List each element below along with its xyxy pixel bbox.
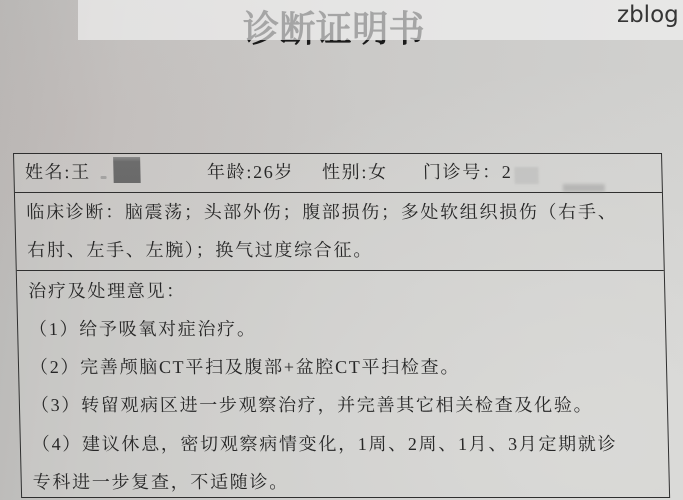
patient-name-label: 姓名: xyxy=(25,162,72,182)
document-photo: 诊断证明书 zblog 姓名:王 年龄:26岁 性别:女 门诊号：2 xyxy=(0,0,683,500)
item-number: （4） xyxy=(32,434,83,454)
patient-age-field: 年龄:26岁 xyxy=(207,154,295,191)
clinic-number-value: 2 xyxy=(502,162,513,182)
treatment-item-4: （4）建议休息，密切观察病情变化，1周、2周、1月、3月定期就诊 xyxy=(31,425,668,463)
clinic-number-field: 门诊号：2 xyxy=(423,154,513,191)
item-text: 给予吸氧对症治疗。 xyxy=(79,319,257,339)
item-number: （2） xyxy=(30,357,81,377)
clinic-number-redaction xyxy=(514,167,538,184)
clinical-diagnosis-row: 临床诊断：脑震荡；头部外伤；腹部损伤；多处软组织损伤（右手、 右肘、左手、左腕）… xyxy=(15,193,664,271)
treatment-row: 治疗及处理意见： （1）给予吸氧对症治疗。 （2）完善颅脑CT平扫及腹部+盆腔C… xyxy=(17,271,669,500)
diagnosis-line-1: 临床诊断：脑震荡；头部外伤；腹部损伤；多处软组织损伤（右手、 xyxy=(26,193,663,231)
patient-name-value: 王 xyxy=(71,162,91,182)
treatment-item-3: （3）转留观病区进一步观察治疗，并完善其它相关检查及化验。 xyxy=(31,386,668,424)
diagnosis-line-2: 右肘、左手、左腕）；换气过度综合征。 xyxy=(27,231,664,269)
patient-gender-label: 性别: xyxy=(322,162,369,182)
treatment-item-4-continuation: 专科进一步复查，不适随诊。 xyxy=(32,463,669,500)
treatment-heading: 治疗及处理意见： xyxy=(28,272,665,310)
patient-age-value: 26岁 xyxy=(253,162,295,182)
treatment-item-1: （1）给予吸氧对症治疗。 xyxy=(29,310,666,348)
patient-name-field: 姓名:王 xyxy=(25,154,92,191)
diagnosis-label: 临床诊断： xyxy=(26,202,125,222)
item-number: （3） xyxy=(31,395,82,415)
watermark-banner: zblog xyxy=(78,0,683,40)
patient-gender-field: 性别:女 xyxy=(322,154,389,191)
name-redaction-block xyxy=(113,157,141,183)
patient-gender-value: 女 xyxy=(368,162,388,182)
redaction-remnant xyxy=(101,176,107,179)
redaction-smudge xyxy=(562,184,604,192)
clinic-number-label: 门诊号： xyxy=(423,162,502,182)
diagnosis-text: 脑震荡；头部外伤；腹部损伤；多处软组织损伤（右手、 xyxy=(125,202,618,222)
item-text: 完善颅脑CT平扫及腹部+盆腔CT平扫检查。 xyxy=(80,357,460,377)
diagnosis-form-table: 姓名:王 年龄:26岁 性别:女 门诊号：2 临床诊断：脑震荡；头部外伤；腹部损… xyxy=(13,153,670,498)
patient-age-label: 年龄: xyxy=(207,162,254,182)
item-text: 建议休息，密切观察病情变化，1周、2周、1月、3月定期就诊 xyxy=(82,434,618,454)
item-text: 转留观病区进一步观察治疗，并完善其它相关检查及化验。 xyxy=(81,395,594,415)
treatment-item-2: （2）完善颅脑CT平扫及腹部+盆腔CT平扫检查。 xyxy=(30,348,667,386)
patient-info-row: 姓名:王 年龄:26岁 性别:女 门诊号：2 xyxy=(14,154,662,193)
item-number: （1） xyxy=(29,319,80,339)
watermark-text: zblog xyxy=(617,1,679,29)
